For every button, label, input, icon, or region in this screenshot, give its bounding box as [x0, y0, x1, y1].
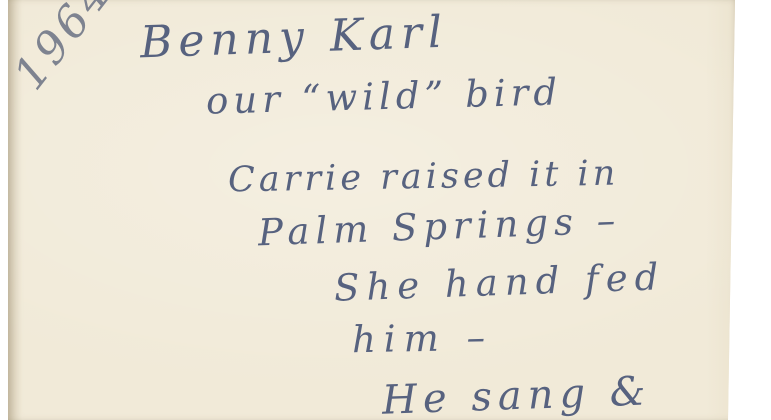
scan-background: 1964 Benny Karl our “wild” bird Carrie r…	[0, 0, 771, 420]
handwriting-line-4: Palm Springs –	[257, 202, 621, 252]
handwriting-line-7: He sang &	[381, 371, 652, 420]
note-paper: 1964 Benny Karl our “wild” bird Carrie r…	[8, 0, 735, 420]
handwriting-line-1: Benny Karl	[139, 11, 448, 66]
handwriting-line-6: him –	[352, 319, 494, 358]
handwriting-line-2: our “wild” bird	[206, 73, 563, 119]
handwriting-line-3: Carrie raised it in	[228, 157, 620, 199]
handwriting-line-5: She hand fed	[333, 258, 665, 307]
year-annotation: 1964	[4, 0, 123, 99]
